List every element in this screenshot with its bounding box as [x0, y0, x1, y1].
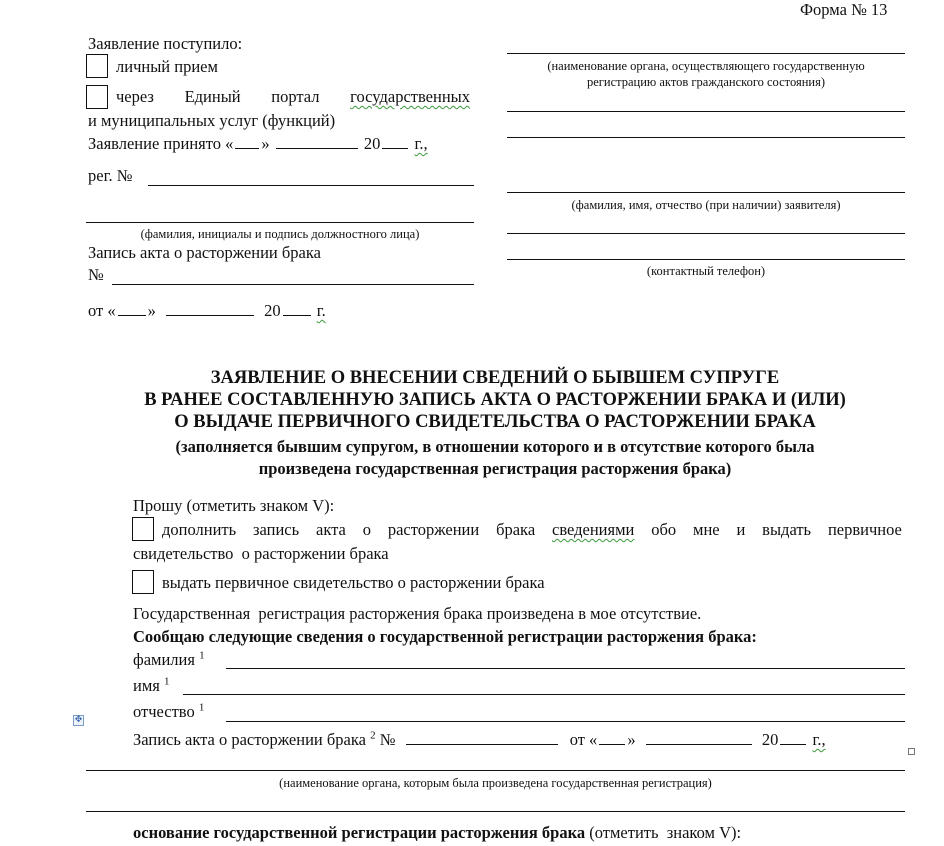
record-no-sign: № [380, 730, 396, 749]
registering-authority-caption: (наименование органа, которым была произ… [86, 775, 905, 791]
document-subtitle-line1: (заполняется бывшим супругом, в отношени… [80, 436, 910, 458]
reg-number-label: рег. № [88, 166, 132, 186]
accepted-year-suffix: г., [415, 134, 428, 153]
applicant-caption: (фамилия, имя, отчество (при наличии) за… [507, 197, 905, 213]
option-personal-visit-label: личный прием [116, 57, 218, 77]
checkbox-issue-certificate[interactable] [132, 570, 154, 594]
act-year-suffix: г. [317, 301, 326, 320]
record-date-prefix: от « [570, 730, 598, 749]
word: сведениями [552, 520, 634, 540]
record-row: Запись акта о расторжении брака 2 № от «… [133, 730, 826, 750]
word: и [736, 520, 745, 540]
record-day-field[interactable] [599, 730, 625, 745]
checkbox-personal-visit[interactable] [86, 54, 108, 78]
accepted-prefix: Заявление принято « [88, 134, 233, 153]
act-date-prefix: от « [88, 301, 116, 320]
word: через [116, 87, 154, 107]
name-field[interactable] [183, 694, 905, 695]
record-year-field[interactable] [780, 730, 806, 745]
footnote-marker: 1 [164, 676, 170, 688]
surname-label: фамилия 1 [133, 650, 205, 670]
accepted-year-prefix: 20 [364, 134, 381, 153]
document-title-line3: О ВЫДАЧЕ ПЕРВИЧНОГО СВИДЕТЕЛЬСТВА О РАСТ… [80, 411, 910, 433]
basis-heading-bold: основание государственной регистрации ра… [133, 823, 585, 842]
authority-name-field[interactable] [507, 53, 905, 54]
applicant-name-field[interactable] [507, 192, 905, 193]
official-signature-field[interactable] [86, 222, 474, 223]
received-label: Заявление поступило: [88, 34, 242, 54]
footnote-marker-2: 2 [370, 730, 376, 742]
basis-heading-normal: (отметить знаком V): [585, 823, 741, 842]
registering-authority-field[interactable] [86, 770, 905, 771]
act-number-field[interactable] [112, 284, 474, 285]
word: первичное [828, 520, 902, 540]
surname-label-text: фамилия [133, 650, 195, 669]
record-label: Запись акта о расторжении брака [133, 730, 366, 749]
word: запись [253, 520, 299, 540]
official-caption: (фамилия, инициалы и подпись должностног… [86, 226, 474, 242]
word: дополнить [162, 520, 236, 540]
footnote-marker: 1 [199, 650, 205, 662]
document-subtitle-line2: произведена государственная регистрация … [80, 458, 910, 480]
record-month-field[interactable] [646, 730, 752, 745]
accepted-year-field[interactable] [382, 134, 408, 149]
word: мне [693, 520, 720, 540]
absence-statement: Государственная регистрация расторжения … [133, 604, 701, 624]
accepted-month-field[interactable] [276, 134, 358, 149]
table-move-handle-icon[interactable]: ✥ [73, 715, 84, 726]
reg-number-field[interactable] [148, 185, 474, 186]
patronymic-label-text: отчество [133, 702, 195, 721]
name-label: имя 1 [133, 676, 170, 696]
record-date-quote-close: » [627, 730, 635, 749]
act-record-label: Запись акта о расторжении брака [88, 243, 321, 263]
word: Единый [185, 87, 241, 107]
option-add-info-line1: дополнить запись акта о расторжении брак… [162, 520, 902, 540]
act-date-row: от «» 20 г. [88, 301, 326, 321]
act-year-prefix: 20 [264, 301, 281, 320]
word: брака [496, 520, 535, 540]
record-year-prefix: 20 [762, 730, 779, 749]
word: портал [271, 87, 319, 107]
word: акта [316, 520, 346, 540]
name-label-text: имя [133, 676, 160, 695]
phone-caption: (контактный телефон) [507, 263, 905, 279]
authority-extra-field-1[interactable] [507, 111, 905, 112]
word: о [363, 520, 371, 540]
checkbox-unified-portal[interactable] [86, 85, 108, 109]
act-year-field[interactable] [283, 301, 311, 316]
act-day-field[interactable] [118, 301, 146, 316]
word: расторжении [388, 520, 479, 540]
authority-caption-line2: регистрацию актов гражданского состояния… [507, 74, 905, 90]
authority-caption-line1: (наименование органа, осуществляющего го… [507, 58, 905, 74]
word: выдать [762, 520, 811, 540]
checkbox-add-info-and-issue[interactable] [132, 517, 154, 541]
info-heading: Сообщаю следующие сведения о государстве… [133, 627, 757, 647]
request-label: Прошу (отметить знаком V): [133, 496, 334, 516]
word: обо [651, 520, 676, 540]
registering-authority-extra-field[interactable] [86, 811, 905, 812]
accepted-quote-close: » [261, 134, 269, 153]
option-issue-certificate-label: выдать первичное свидетельство о расторж… [162, 573, 545, 593]
authority-extra-field-2[interactable] [507, 137, 905, 138]
accepted-day-field[interactable] [235, 134, 259, 149]
document-title-line1: ЗАЯВЛЕНИЕ О ВНЕСЕНИИ СВЕДЕНИЙ О БЫВШЕМ С… [80, 367, 910, 389]
paragraph-end-marker [908, 748, 915, 755]
contact-phone-field[interactable] [507, 259, 905, 260]
footnote-marker: 1 [199, 702, 205, 714]
document-title-line2: В РАНЕЕ СОСТАВЛЕННУЮ ЗАПИСЬ АКТА О РАСТО… [80, 389, 910, 411]
act-month-field[interactable] [166, 301, 254, 316]
basis-heading: основание государственной регистрации ра… [133, 823, 741, 843]
act-date-quote-close: » [148, 301, 156, 320]
record-number-field[interactable] [406, 730, 558, 745]
act-number-label: № [88, 265, 104, 285]
surname-field[interactable] [226, 668, 905, 669]
applicant-extra-field[interactable] [507, 233, 905, 234]
form-number: Форма № 13 [800, 0, 887, 20]
accepted-date-row: Заявление принято «» 20 г., [88, 134, 428, 154]
patronymic-label: отчество 1 [133, 702, 204, 722]
patronymic-field[interactable] [226, 721, 905, 722]
record-year-suffix: г., [812, 730, 825, 749]
word: государственных [350, 87, 470, 107]
option-add-info-line2: свидетельство о расторжении брака [133, 544, 389, 564]
option-unified-portal-line2: и муниципальных услуг (функций) [88, 111, 335, 131]
option-unified-portal-line1: через Единый портал государственных [116, 87, 470, 107]
